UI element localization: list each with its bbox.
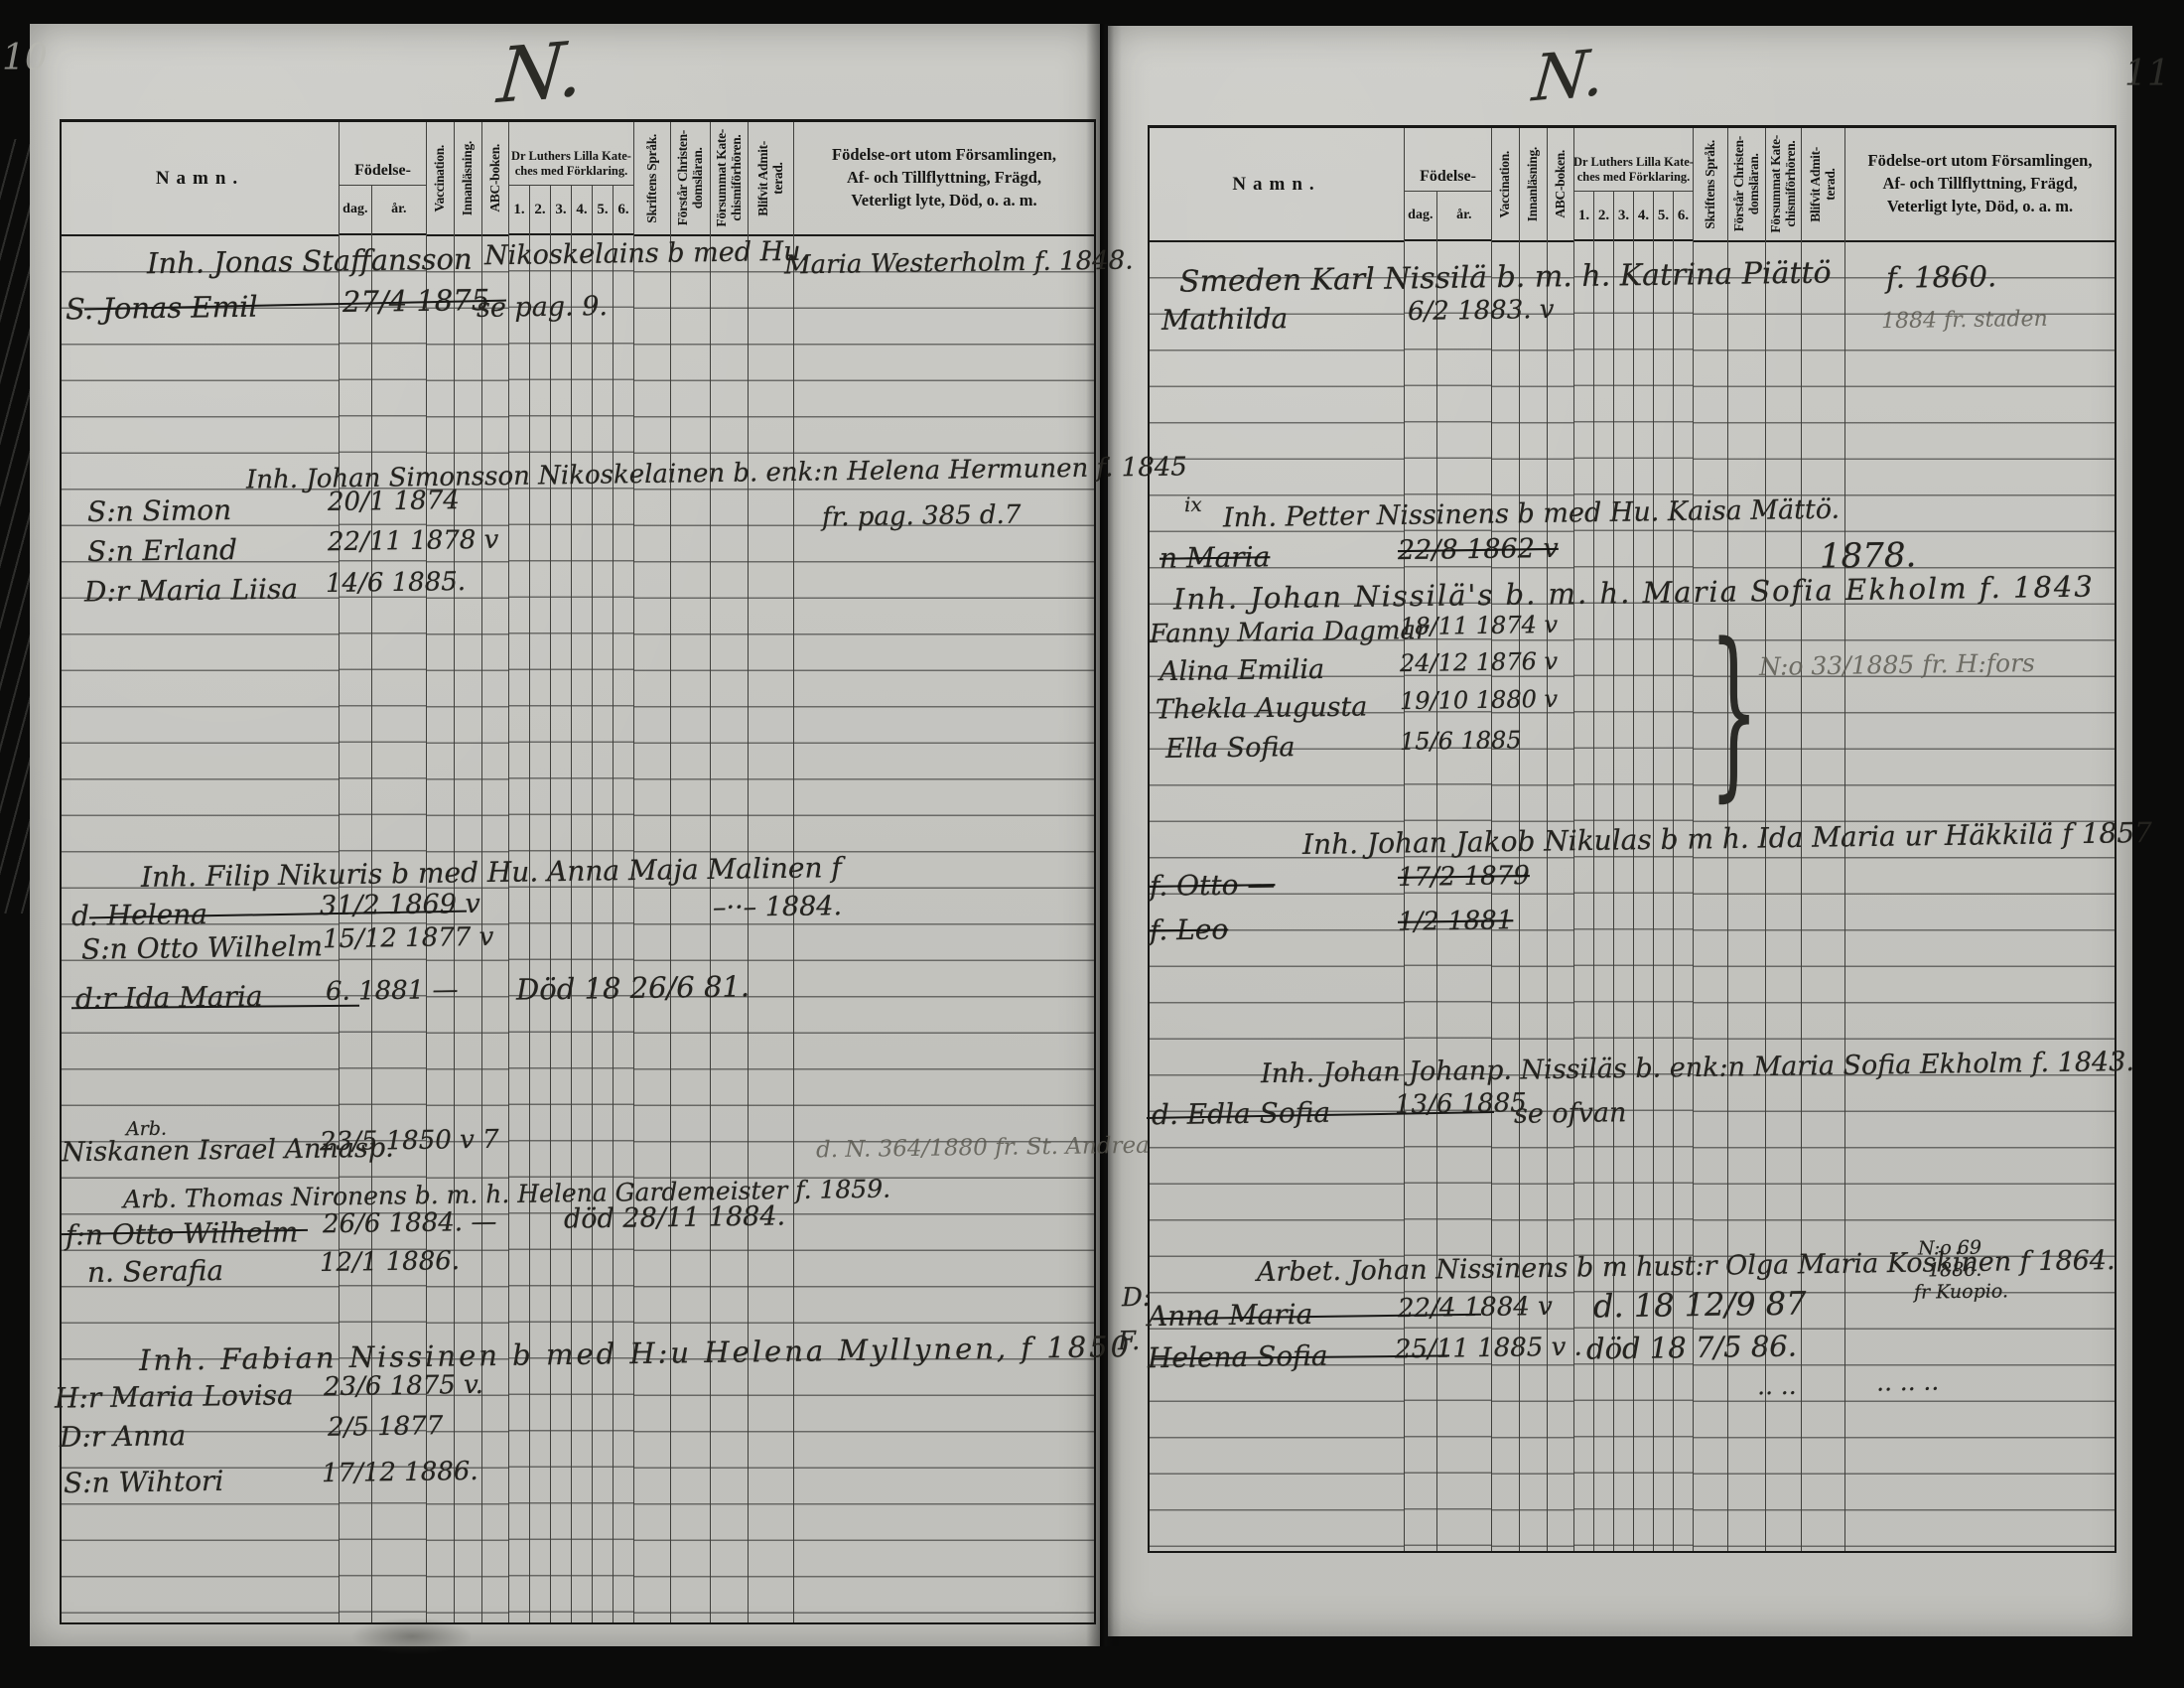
kateches-col-2: 2. [530,186,550,235]
blifvit-header: Blifvit Admit-terad. [1809,147,1838,222]
column-vaccination: Vaccination. [427,122,455,1622]
kateches-col-3: 3. [1614,192,1633,241]
column-fodelseort: Födelse-ort utom Församlingen,Af- och Ti… [794,122,1094,1622]
kateches-col-5: 5. [593,186,613,235]
frame-scratches [0,139,30,914]
kateches-col-4: 4. [572,186,592,235]
page-number-left: 10 [2,38,48,78]
page-number-right: 11 [2124,54,2170,94]
fodelseort-header: Födelse-ort utom Församlingen,Af- och Ti… [1868,150,2093,217]
namn-body [1150,242,1404,1551]
column-fodelse: Födelse- dag. år. [340,122,427,1622]
column-forstar-christendomslaran: Förstår Christen-domsläran. [1728,128,1766,1551]
column-forsummat-katechismiforhoren: Försummat Kate-chismiförhören. [1766,128,1802,1551]
column-abc-boken: ABC-boken. [482,122,509,1622]
column-forstar-christendomslaran: Förstår Christen-domsläran. [671,122,711,1622]
forstar-header: Förstår Christen-domsläran. [676,130,705,225]
skriftens-sprak-header: Skriftens Språk. [645,134,659,223]
column-innanlasning: Innanläsning. [455,122,482,1622]
namn-header: Namn. [1232,174,1320,196]
namn-header: Namn. [156,168,244,190]
kateches-col-1: 1. [509,186,529,235]
ledger-canvas: N. Namn. Födelse- dag. år. Vaccination. … [0,0,2184,1688]
paper-smudge [328,1611,496,1662]
blifvit-header: Blifvit Admit-terad. [756,141,785,216]
forsummat-header: Försummat Kate-chismiförhören. [1769,135,1798,233]
fodelse-header: Födelse- [340,122,426,186]
kateches-col-5: 5. [1654,192,1673,241]
ledger-table-left: Namn. Födelse- dag. år. Vaccination. Inn… [60,119,1096,1624]
column-forsummat-katechismiforhoren: Försummat Kate-chismiförhören. [711,122,749,1622]
abc-boken-header: ABC-boken. [488,144,502,212]
column-fodelseort: Födelse-ort utom Församlingen,Af- och Ti… [1845,128,2115,1551]
column-abc-boken: ABC-boken. [1548,128,1574,1551]
kateches-col-3: 3. [551,186,571,235]
kateches-header: Dr Luthers Lilla Kate-ches med Förklarin… [1573,155,1694,186]
forsummat-header: Försummat Kate-chismiförhören. [715,129,744,227]
ledger-page-right: N. Namn. Födelse- dag. år. Vaccination. … [1108,26,2132,1636]
kateches-header: Dr Luthers Lilla Kate-ches med Förklarin… [511,149,631,180]
column-kateches: Dr Luthers Lilla Kate-ches med Förklarin… [1574,128,1694,1551]
column-kateches: Dr Luthers Lilla Kate-ches med Förklarin… [509,122,634,1622]
section-letter: N. [494,24,587,121]
kateches-col-1: 1. [1574,192,1593,241]
column-skriftens-sprak: Skriftens Språk. [1694,128,1728,1551]
dag-header: dag. [340,186,371,235]
innanlasning-header: Innanläsning. [1526,147,1540,221]
skriftens-sprak-header: Skriftens Språk. [1704,140,1717,229]
column-namn: Namn. [1150,128,1405,1551]
kateches-col-6: 6. [614,186,633,235]
ledger-table-right: Namn. Födelse- dag. år. Vaccination. Inn… [1148,125,2116,1553]
namn-body [62,236,339,1622]
column-vaccination: Vaccination. [1492,128,1520,1551]
vaccination-header: Vaccination. [433,145,447,212]
fodelse-header: Födelse- [1405,128,1491,192]
book-spine-shadow [1086,24,1122,1646]
column-skriftens-sprak: Skriftens Språk. [634,122,671,1622]
dag-header: dag. [1405,192,1436,241]
column-innanlasning: Innanläsning. [1520,128,1548,1551]
kateches-col-6: 6. [1674,192,1693,241]
column-fodelse: Födelse- dag. år. [1405,128,1492,1551]
fodelseort-header: Födelse-ort utom Församlingen,Af- och Ti… [832,144,1056,211]
section-letter: N. [1530,36,1608,116]
ledger-page-left: N. Namn. Födelse- dag. år. Vaccination. … [30,24,1100,1646]
vaccination-header: Vaccination. [1498,151,1512,218]
column-blifvit-admitterad: Blifvit Admit-terad. [1802,128,1845,1551]
ar-header: år. [1437,192,1491,241]
column-namn: Namn. [62,122,340,1622]
abc-boken-header: ABC-boken. [1554,150,1568,218]
innanlasning-header: Innanläsning. [461,141,475,215]
kateches-col-2: 2. [1594,192,1613,241]
column-blifvit-admitterad: Blifvit Admit-terad. [749,122,794,1622]
ar-header: år. [372,186,426,235]
forstar-header: Förstår Christen-domsläran. [1732,136,1761,231]
kateches-col-4: 4. [1634,192,1653,241]
